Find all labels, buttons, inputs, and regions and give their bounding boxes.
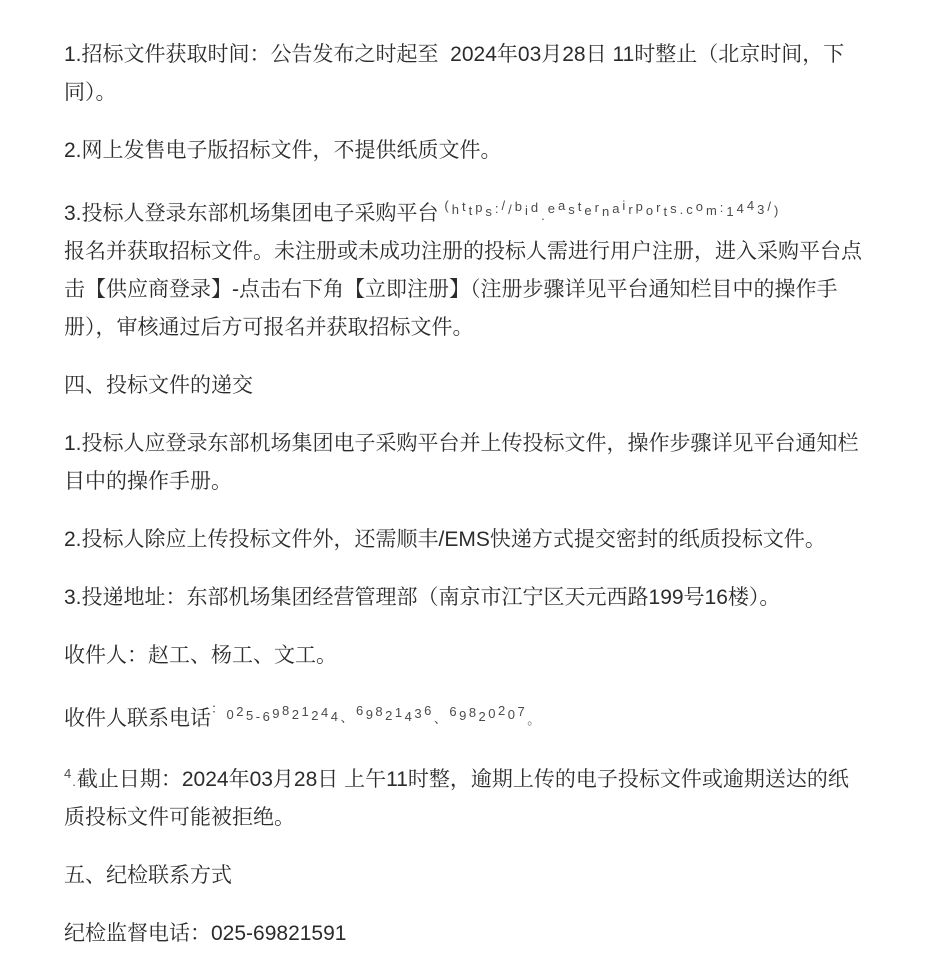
para-bid-doc-time: 1.招标文件获取时间：公告发布之时起至 2024年03月28日 11时整止（北京… bbox=[64, 36, 886, 112]
para-upload-bid: 1.投标人应登录东部机场集团电子采购平台并上传投标文件，操作步骤详见平台通知栏 … bbox=[64, 425, 886, 501]
para-deadline: 4.截止日期：2024年03月28日 上午11时整，逾期上传的电子投标文件或逾期… bbox=[64, 758, 886, 837]
heading-discipline-contact: 五、纪检联系方式 bbox=[64, 857, 886, 895]
para-recipients: 收件人：赵工、杨工、文工。 bbox=[64, 637, 886, 675]
para-paper-bid: 2.投标人除应上传投标文件外，还需顺丰/EMS快递方式提交密封的纸质投标文件。 bbox=[64, 521, 886, 559]
tender-notice-document: 1.招标文件获取时间：公告发布之时起至 2024年03月28日 11时整止（北京… bbox=[0, 0, 950, 953]
deadline-number: 4. bbox=[64, 769, 77, 784]
platform-line: 3.投标人登录东部机场集团电子采购平台 (https://bid.eastern… bbox=[64, 202, 781, 225]
deadline-text: 截止日期：2024年03月28日 上午11时整，逾期上传的电子投标文件或逾期送达… bbox=[64, 768, 849, 829]
para-recipient-phones: 收件人联系电话：025-69821244、69821436、69820207。 bbox=[64, 695, 886, 738]
para-platform-registration: 3.投标人登录东部机场集团电子采购平台 (https://bid.eastern… bbox=[64, 190, 886, 347]
registration-instructions-text: 报名并获取招标文件。未注册或未成功注册的投标人需进行用户注册，进入采购平台点 击… bbox=[64, 240, 862, 339]
heading-bid-submission: 四、投标文件的递交 bbox=[64, 367, 886, 405]
para-electronic-docs: 2.网上发售电子版招标文件，不提供纸质文件。 bbox=[64, 132, 886, 170]
platform-url-text: (https://bid.easternairports.com:1443/) bbox=[444, 201, 781, 216]
recipient-phone-label: 收件人联系电话 bbox=[64, 707, 211, 730]
recipient-phone-numbers: ：025-69821244、69821436、69820207。 bbox=[211, 706, 543, 721]
para-delivery-address: 3.投递地址：东部机场集团经营管理部（南京市江宁区天元西路199号16楼）。 bbox=[64, 579, 886, 617]
platform-name-text: 3.投标人登录东部机场集团电子采购平台 bbox=[64, 202, 444, 225]
para-discipline-phone: 纪检监督电话：025-69821591 bbox=[64, 915, 886, 953]
